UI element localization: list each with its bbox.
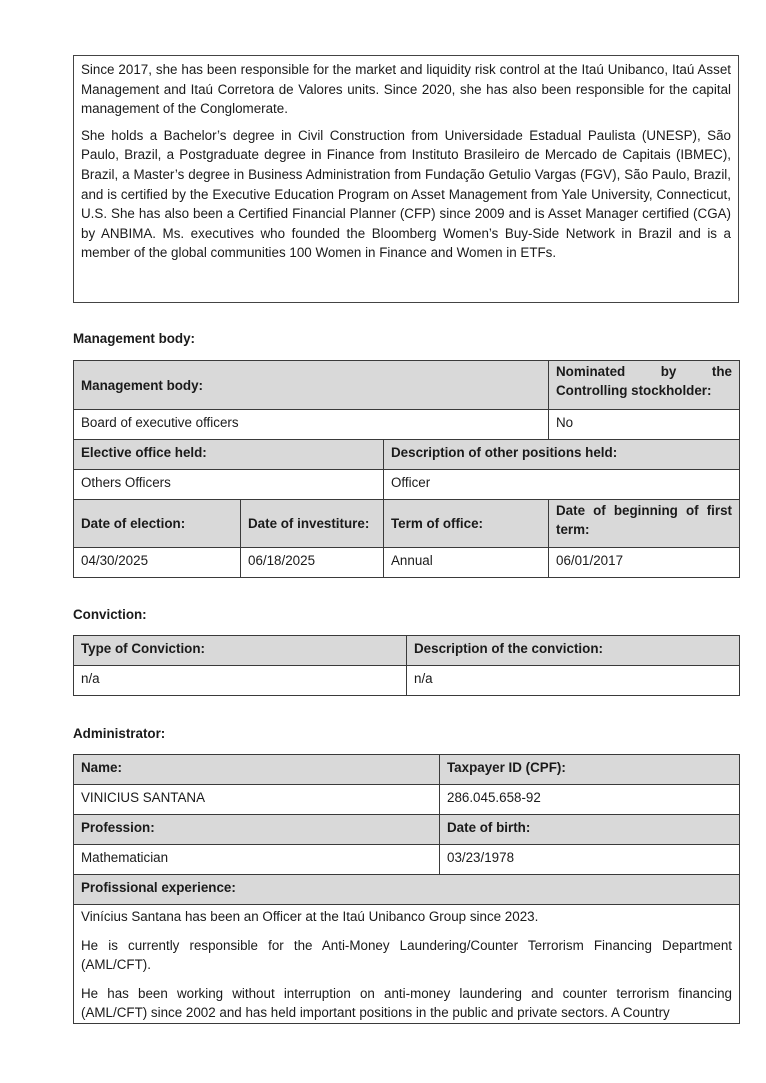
term-office-header: Term of office: bbox=[384, 500, 549, 548]
profession-value: Mathematician bbox=[74, 845, 440, 875]
nominated-header: Nominated by the Controlling stockholder… bbox=[549, 361, 740, 410]
date-of-birth-header: Date of birth: bbox=[440, 815, 740, 845]
elective-office-header: Elective office held: bbox=[74, 440, 384, 470]
conviction-description-header: Description of the conviction: bbox=[407, 636, 740, 666]
management-body-value: Board of executive officers bbox=[74, 410, 549, 440]
term-office-value: Annual bbox=[384, 548, 549, 578]
date-investiture-header: Date of investiture: bbox=[241, 500, 384, 548]
bio-text-box: Since 2017, she has been responsible for… bbox=[73, 55, 739, 303]
experience-header: Profissional experience: bbox=[74, 875, 740, 905]
nominated-value: No bbox=[549, 410, 740, 440]
administrator-table: Name: Taxpayer ID (CPF): VINICIUS SANTAN… bbox=[73, 754, 740, 1024]
date-election-value: 04/30/2025 bbox=[74, 548, 241, 578]
document-page: Since 2017, she has been responsible for… bbox=[0, 0, 766, 1083]
other-positions-value: Officer bbox=[384, 470, 740, 500]
conviction-section-title: Conviction: bbox=[73, 607, 147, 622]
bio-paragraph: She holds a Bachelor’s degree in Civil C… bbox=[81, 126, 731, 263]
conviction-description-value: n/a bbox=[407, 666, 740, 696]
date-election-header: Date of election: bbox=[74, 500, 241, 548]
administrator-section-title: Administrator: bbox=[73, 726, 165, 741]
conviction-type-header: Type of Conviction: bbox=[74, 636, 407, 666]
experience-cell: Vinícius Santana has been an Officer at … bbox=[74, 905, 740, 1024]
bio-paragraph: Since 2017, she has been responsible for… bbox=[81, 60, 731, 119]
taxpayer-id-header: Taxpayer ID (CPF): bbox=[440, 755, 740, 785]
date-first-term-value: 06/01/2017 bbox=[549, 548, 740, 578]
profession-header: Profession: bbox=[74, 815, 440, 845]
date-of-birth-value: 03/23/1978 bbox=[440, 845, 740, 875]
date-first-term-header: Date of beginning of first term: bbox=[549, 500, 740, 548]
conviction-table: Type of Conviction: Description of the c… bbox=[73, 635, 740, 696]
date-investiture-value: 06/18/2025 bbox=[241, 548, 384, 578]
taxpayer-id-value: 286.045.658-92 bbox=[440, 785, 740, 815]
name-header: Name: bbox=[74, 755, 440, 785]
name-value: VINICIUS SANTANA bbox=[74, 785, 440, 815]
other-positions-header: Description of other positions held: bbox=[384, 440, 740, 470]
conviction-type-value: n/a bbox=[74, 666, 407, 696]
management-section-title: Management body: bbox=[73, 331, 195, 346]
elective-office-value: Others Officers bbox=[74, 470, 384, 500]
experience-paragraph: He is currently responsible for the Anti… bbox=[81, 936, 732, 975]
management-table: Management body: Nominated by the Contro… bbox=[73, 360, 740, 578]
management-body-header: Management body: bbox=[74, 361, 549, 410]
experience-paragraph: He has been working without interruption… bbox=[81, 984, 732, 1023]
experience-paragraph: Vinícius Santana has been an Officer at … bbox=[81, 907, 732, 927]
